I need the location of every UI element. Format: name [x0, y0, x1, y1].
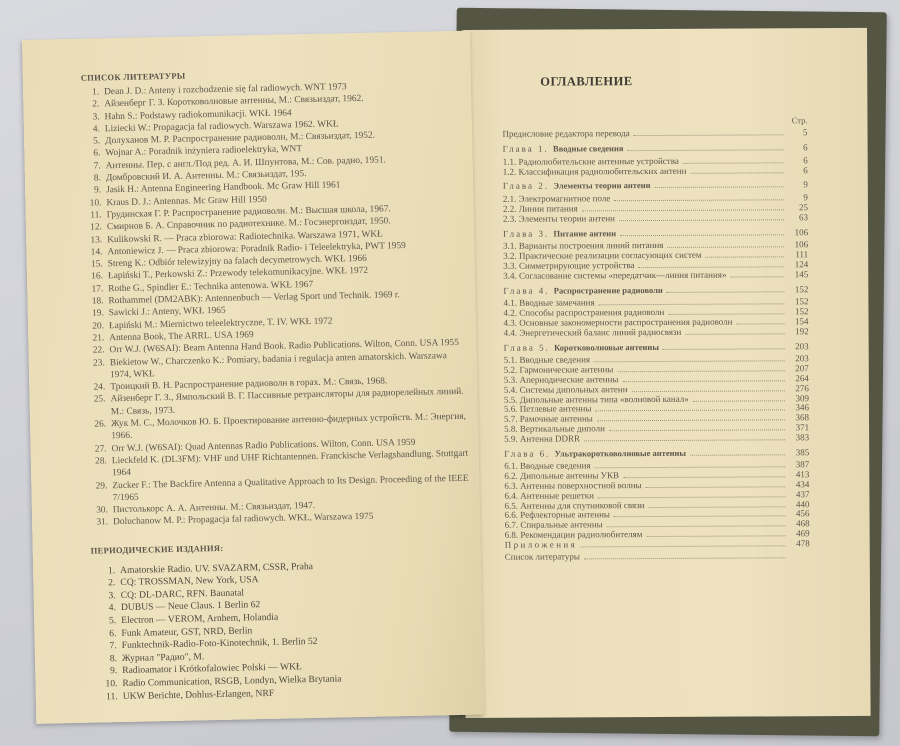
item-number: 14. [84, 246, 107, 259]
item-number: 7. [93, 640, 122, 653]
item-number: 9. [93, 665, 122, 678]
toc-entry-section: 4.4. Энергетический баланс линий радиосв… [504, 327, 809, 338]
item-number: 10. [93, 678, 122, 691]
item-number: 1. [91, 565, 120, 578]
dot-leader [582, 208, 784, 211]
item-number: 25. [87, 394, 111, 419]
chapter-name: Ультракоротковолновые антенны [555, 447, 686, 458]
page-number: 145 [788, 270, 808, 280]
dot-leader [649, 505, 786, 508]
entry-title: Глава 5. Коротковолновые антенны [504, 343, 659, 354]
item-number: 7. [83, 160, 106, 173]
item-number: 15. [85, 258, 108, 271]
dot-leader [668, 312, 784, 315]
toc-entry-section: 2.3. Элементы теории антенн63 [503, 213, 808, 224]
dot-leader [730, 275, 784, 277]
item-number: 11. [84, 209, 107, 222]
dot-leader [607, 524, 786, 527]
page-number: 5 [788, 127, 808, 138]
entry-title: Глава 3. Питание антенн [503, 229, 616, 239]
item-number: 2. [81, 99, 104, 112]
item-number: 2. [91, 577, 120, 590]
page-number: 383 [789, 433, 809, 443]
item-number: 11. [94, 691, 123, 704]
toc-entry-chapter: Глава 1. Вводные сведения6 [503, 143, 808, 154]
page-number: 192 [789, 327, 809, 337]
item-number: 19. [86, 308, 109, 321]
dot-leader [646, 485, 786, 488]
item-number: 22. [86, 344, 109, 357]
entry-title: 1.2. Классификация радиолюбительских ант… [503, 166, 687, 177]
references-list: 1.Dean J. D.: Anteny i rozchodzenie się … [81, 79, 470, 530]
bibliography: СПИСОК ЛИТЕРАТУРЫ 1.Dean J. D.: Anteny i… [81, 65, 474, 704]
chapter-label: Глава 2. [503, 181, 553, 191]
toc-entry-chapter: Глава 4. Распространение радиоволн152 [503, 285, 808, 296]
dot-leader [581, 544, 786, 547]
chapter-name: Питание антенн [553, 228, 616, 238]
dot-leader [639, 265, 785, 268]
toc-entry-section: 5.9. Антенна DDRR383 [504, 433, 809, 444]
item-number: 5. [92, 615, 121, 628]
item-number: 23. [87, 357, 111, 382]
toc-entry-section: 3.4. Согласование системы «передатчик—ли… [503, 270, 808, 281]
dot-leader [584, 557, 786, 560]
dot-leader [617, 369, 784, 372]
toc-title: ОГЛАВЛЕНИЕ [540, 73, 807, 89]
item-number: 27. [88, 443, 111, 456]
entry-title: Глава 2. Элементы теории антенн [503, 181, 651, 192]
periodicals-title: ПЕРИОДИЧЕСКИЕ ИЗДАНИЯ: [91, 537, 471, 555]
item-number: 28. [89, 455, 113, 480]
entry-title: Глава 6. Ультракоротковолновые антенны [504, 448, 686, 459]
chapter-label: Глава 1. [503, 144, 553, 154]
item-number: 3. [82, 111, 105, 124]
item-number: 8. [83, 172, 106, 185]
chapter-label: Глава 6. [504, 448, 554, 458]
chapter-name: Коротковолновые антенны [554, 342, 659, 353]
dot-leader [667, 290, 785, 293]
item-number: 21. [86, 332, 109, 345]
dot-leader [655, 186, 784, 189]
toc-entry-chapter: Глава 2. Элементы теории антенн9 [503, 181, 808, 192]
dot-leader [598, 495, 786, 498]
left-page: СПИСОК ЛИТЕРАТУРЫ 1.Dean J. D.: Anteny i… [22, 31, 484, 724]
item-number: 17. [85, 283, 108, 296]
dot-leader [690, 171, 783, 173]
dot-leader [634, 133, 784, 136]
item-number: 1. [81, 86, 104, 99]
dot-leader [646, 534, 785, 537]
dot-leader [683, 161, 784, 164]
item-number: 12. [84, 222, 107, 235]
dot-leader [594, 360, 785, 363]
item-number: 4. [92, 603, 121, 616]
page-number: 63 [788, 213, 808, 223]
chapter-name: Элементы теории антенн [553, 180, 650, 191]
chapter-name: Распространение радиоволн [554, 285, 663, 296]
entry-title: 4.4. Энергетический баланс линий радиосв… [504, 328, 682, 339]
toc-list: Предисловие редактора перевода5Глава 1. … [503, 127, 810, 563]
item-number: 18. [85, 295, 108, 308]
dot-leader [584, 438, 785, 441]
item-number: 10. [83, 197, 106, 210]
item-number: 20. [86, 320, 109, 333]
entry-title: Глава 1. Вводные сведения [503, 144, 624, 154]
chapter-label: Глава 3. [503, 228, 553, 238]
dot-leader [609, 428, 785, 431]
entry-title: 2.3. Элементы теории антенн [503, 214, 615, 224]
dot-leader [685, 332, 784, 335]
chapter-label: Глава 5. [504, 342, 554, 352]
page-number: 9 [788, 181, 808, 191]
dot-leader [690, 453, 785, 455]
dot-leader [595, 466, 786, 469]
page-number: 478 [790, 539, 810, 549]
open-book: ОГЛАВЛЕНИЕ Стр. Предисловие редактора пе… [0, 0, 900, 746]
dot-leader [632, 389, 785, 392]
page-number: 106 [788, 228, 808, 238]
periodicals-list: 1.Amatorskie Radio. UV. SVAZARM, CSSR, P… [91, 557, 474, 703]
dot-leader [614, 515, 786, 518]
item-number: 30. [90, 504, 113, 517]
dot-leader [597, 418, 785, 421]
item-number: 4. [82, 123, 105, 136]
dot-leader [619, 218, 784, 221]
toc-entry-plain: Предисловие редактора перевода5 [503, 127, 808, 140]
entry-title: Предисловие редактора перевода [503, 128, 630, 140]
dot-leader [595, 409, 785, 412]
right-page: ОГЛАВЛЕНИЕ Стр. Предисловие редактора пе… [462, 28, 871, 718]
item-number: 13. [84, 234, 107, 247]
item-number: 5. [82, 135, 105, 148]
dot-leader [693, 399, 785, 401]
dot-leader [620, 233, 784, 236]
entry-title: 3.4. Согласование системы «передатчик—ли… [503, 270, 726, 281]
dot-leader [736, 322, 784, 324]
item-number: 6. [92, 628, 121, 641]
page-column-header: Стр. [502, 115, 807, 127]
entry-title: Глава 4. Распространение радиоволн [503, 286, 662, 297]
entry-title: Приложения [505, 540, 578, 550]
page-number: 6 [788, 143, 808, 153]
page-number: 152 [788, 285, 808, 295]
dot-leader [599, 303, 785, 306]
toc-entry-plain: Список литературы [505, 551, 810, 564]
item-number: 6. [82, 148, 105, 161]
page-number: 385 [789, 448, 809, 458]
page-number: 203 [789, 342, 809, 352]
entry-title: 5.9. Антенна DDRR [504, 434, 580, 444]
dot-leader [667, 246, 784, 249]
item-number: 8. [93, 653, 122, 666]
chapter-name: Вводные сведения [553, 143, 623, 153]
dot-leader [663, 347, 785, 350]
toc-entry-chapter: Глава 3. Питание антенн106 [503, 228, 808, 239]
item-number: 16. [85, 271, 108, 284]
toc-entry-section: 1.2. Классификация радиолюбительских ант… [503, 166, 808, 177]
dot-leader [622, 379, 784, 382]
page-number: 6 [788, 166, 808, 176]
entry-title: Список литературы [505, 552, 580, 563]
toc-entry-chapter: Глава 5. Коротковолновые антенны203 [504, 342, 809, 353]
item-number: 31. [90, 517, 113, 530]
dot-leader [614, 199, 784, 202]
item-number: 3. [92, 590, 121, 603]
item-number: 26. [88, 418, 112, 443]
item-number: 24. [87, 381, 110, 394]
chapter-label: Глава 4. [503, 285, 553, 295]
toc-entry-spaced: Приложения478 [505, 539, 810, 550]
item-number: 29. [89, 480, 113, 505]
dot-leader [627, 148, 783, 151]
dot-leader [623, 475, 785, 478]
table-of-contents: ОГЛАВЛЕНИЕ Стр. Предисловие редактора пе… [502, 73, 810, 563]
dot-leader [706, 255, 785, 257]
item-number: 9. [83, 185, 106, 198]
toc-entry-chapter: Глава 6. Ультракоротковолновые антенны38… [504, 448, 809, 459]
